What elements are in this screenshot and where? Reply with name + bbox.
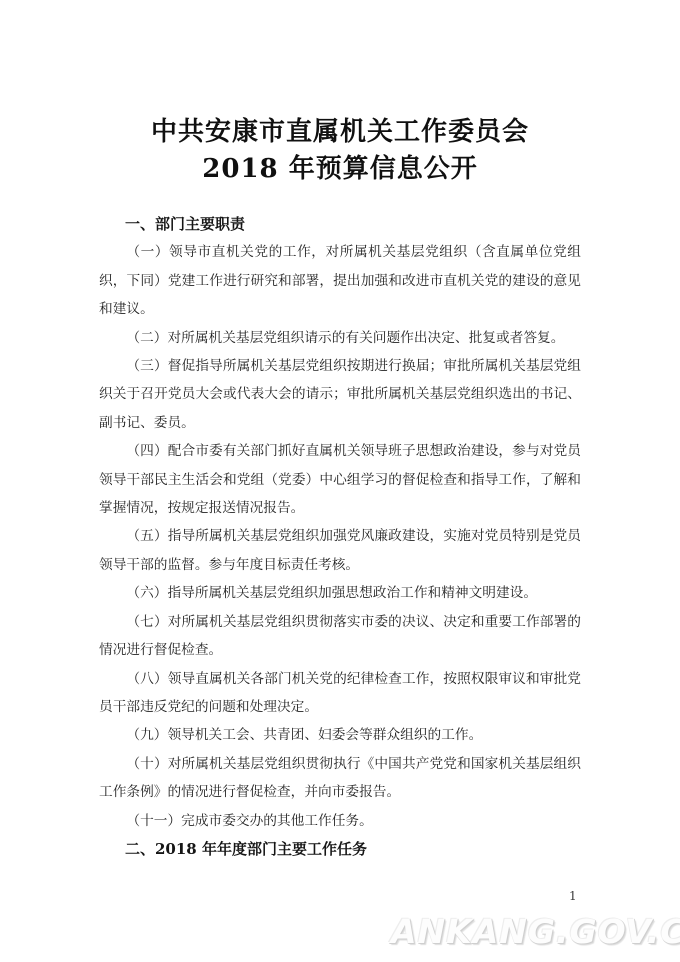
body-paragraph-11: （十一）完成市委交办的其他工作任务。: [99, 807, 581, 835]
document-body: 一、部门主要职责 （一）领导市直机关党的工作，对所属机关基层党组织（含直属单位党…: [99, 210, 581, 863]
body-paragraph-10: （十）对所属机关基层党组织贯彻执行《中国共产党党和国家机关基层组织工作条例》的情…: [99, 750, 581, 807]
document-title: 中共安康市直属机关工作委员会 2018 年预算信息公开: [0, 0, 680, 188]
body-paragraph-1: （一）领导市直机关党的工作，对所属机关基层党组织（含直属单位党组织，下同）党建工…: [99, 238, 581, 323]
body-paragraph-6: （六）指导所属机关基层党组织加强思想政治工作和精神文明建设。: [99, 579, 581, 607]
body-paragraph-3: （三）督促指导所属机关基层党组织按期进行换届；审批所属机关基层党组织关于召开党员…: [99, 352, 581, 437]
watermark-ankang-gov-cn: ANKANG.GOV.CN: [391, 913, 680, 951]
document-title-line1: 中共安康市直属机关工作委员会: [0, 114, 680, 151]
document-page: 中共安康市直属机关工作委员会 2018 年预算信息公开 一、部门主要职责 （一）…: [0, 0, 680, 962]
section1-heading: 一、部门主要职责: [99, 210, 581, 238]
body-paragraph-2: （二）对所属机关基层党组织请示的有关问题作出决定、批复或者答复。: [99, 324, 581, 352]
page-number: 1: [569, 889, 577, 903]
body-paragraph-4: （四）配合市委有关部门抓好直属机关领导班子思想政治建设，参与对党员领导干部民主生…: [99, 437, 581, 522]
document-title-line2: 2018 年预算信息公开: [0, 151, 680, 188]
section2-heading: 二、2018 年年度部门主要工作任务: [99, 835, 581, 863]
body-paragraph-7: （七）对所属机关基层党组织贯彻落实市委的决议、决定和重要工作部署的情况进行督促检…: [99, 608, 581, 665]
body-paragraph-9: （九）领导机关工会、共青团、妇委会等群众组织的工作。: [99, 721, 581, 749]
body-paragraph-8: （八）领导直属机关各部门机关党的纪律检查工作，按照权限审议和审批党员干部违反党纪…: [99, 665, 581, 722]
body-paragraph-5: （五）指导所属机关基层党组织加强党风廉政建设，实施对党员特别是党员领导干部的监督…: [99, 522, 581, 579]
